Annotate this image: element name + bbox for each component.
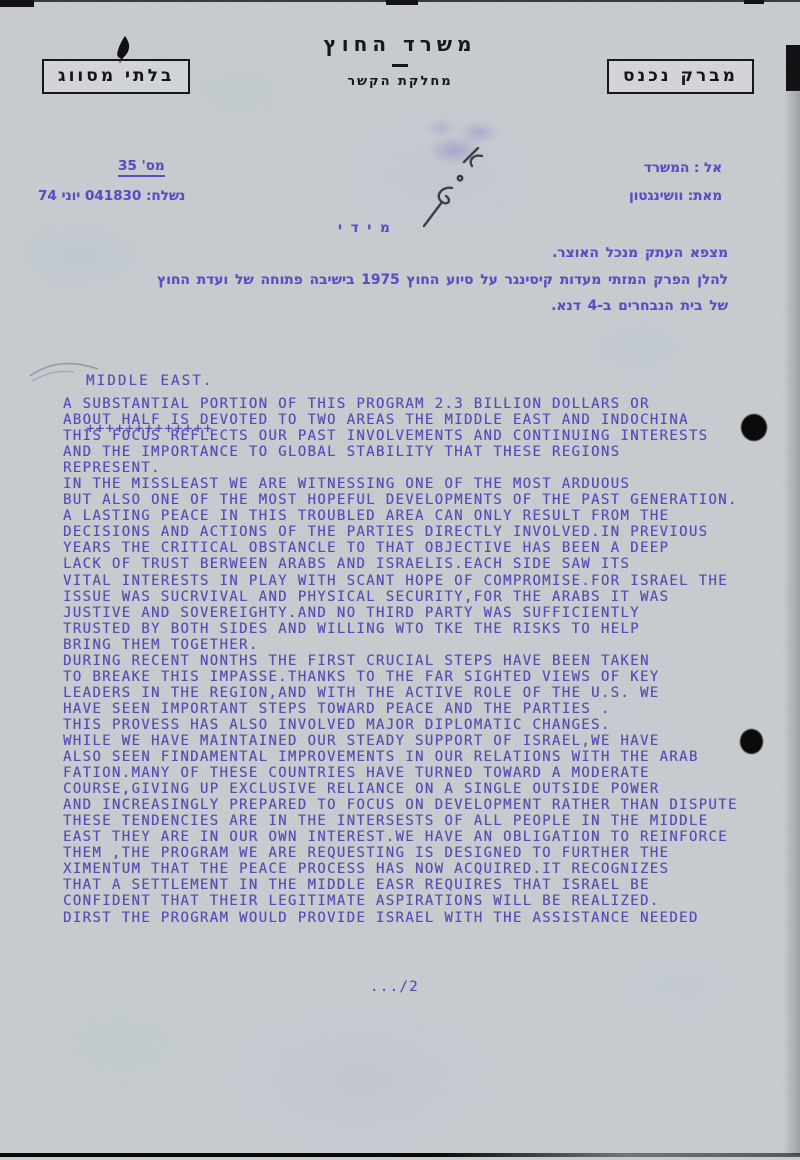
scan-artifact-top-left [0,0,34,7]
typewriter-line: TO BREAKE THIS IMPASSE.THANKS TO THE FAR… [63,669,738,685]
typewriter-line: THAT A SETTLEMENT IN THE MIDDLE EASR REQ… [63,877,738,893]
typewriter-line: THIS FOCUS REFLECTS OUR PAST INVOLVEMENT… [63,428,738,444]
typewriter-line: REPRESENT. [63,460,738,476]
typewriter-line: ABOUT HALF IS DEVOTED TO TWO AREAS THE M… [63,412,738,428]
typewriter-line: THIS PROVESS HAS ALSO INVOLVED MAJOR DIP… [63,717,738,733]
typewriter-line: HAVE SEEN IMPORTANT STEPS TOWARD PEACE A… [63,701,738,717]
hebrew-note-block: מצפא העתק מנכל האוצר.להלן הפרק המזתי מעד… [48,240,728,320]
page-continuation-marker: .../2 [370,979,419,995]
ministry-title: משרד החוץ [0,32,800,56]
typewriter-line: YEARS THE CRITICAL OBSTANCLE TO THAT OBJ… [63,540,738,556]
typewriter-body: A SUBSTANTIAL PORTION OF THIS PROGRAM 2.… [63,396,738,926]
hole-punch-bottom [740,729,763,754]
typewriter-line: COURSE,GIVING UP EXCLUSIVE RELIANCE ON A… [63,781,738,797]
typewriter-line: CONFIDENT THAT THEIR LEGITIMATE ASPIRATI… [63,893,738,909]
typewriter-line: EAST THEY ARE IN OUR OWN INTEREST.WE HAV… [63,829,738,845]
typewriter-line: LEADERS IN THE REGION,AND WITH THE ACTIV… [63,685,738,701]
typewriter-line: ALSO SEEN FINDAMENTAL IMPROVEMENTS IN OU… [63,749,738,765]
hebrew-note-line: להלן הפרק המזתי מעדות קיסינגר על סיוע הח… [48,267,728,294]
typewriter-line: XIMENTUM THAT THE PEACE PROCESS HAS NOW … [63,861,738,877]
title-divider [392,64,408,67]
typewriter-line: THEM ,THE PROGRAM WE ARE REQUESTING IS D… [63,845,738,861]
ink-smudge-stamp [418,104,513,179]
typewriter-line: A SUBSTANTIAL PORTION OF THIS PROGRAM 2.… [63,396,738,412]
typewriter-line: DIRST THE PROGRAM WOULD PROVIDE ISRAEL W… [63,910,738,926]
incoming-telegram-stamp: מברק נכנס [607,59,754,94]
scan-artifact-top-middle [386,0,418,5]
typewriter-line: BUT ALSO ONE OF THE MOST HOPEFUL DEVELOP… [63,492,738,508]
classification-stamp: בלתי מסווג [42,59,190,94]
typewriter-line: THESE TENDENCIES ARE IN THE INTERSESTS O… [63,813,738,829]
typewriter-line: FATION.MANY OF THESE COUNTRIES HAVE TURN… [63,765,738,781]
field-telegram-number: מס' 35 [118,158,165,177]
typewriter-line: DECISIONS AND ACTIONS OF THE PARTIES DIR… [63,524,738,540]
typewriter-line: ISSUE WAS SUCRVIVAL AND PHYSICAL SECURIT… [63,589,738,605]
scanned-telegram-page: משרד החוץ מחלקת הקשר בלתי מסווג מברק נכנ… [0,0,800,1160]
field-to: אל : המשרד [644,160,722,176]
field-priority: מ י ד י [338,220,392,236]
scan-artifact-top-right [744,0,764,4]
field-sent-datetime: נשלח: 041830 יוני 74 [38,188,185,204]
scan-shadow-right-edge [783,90,800,1155]
typewriter-line: WHILE WE HAVE MAINTAINED OUR STEADY SUPP… [63,733,738,749]
hebrew-note-line: של בית הנבחרים ב-4 דנא. [48,293,728,320]
typewriter-line: LACK OF TRUST BERWEEN ARABS AND ISRAELIS… [63,556,738,572]
typewriter-line: BRING THEM TOGETHER. [63,637,738,653]
typewriter-line: JUSTIVE AND SOVEREIGHTY.AND NO THIRD PAR… [63,605,738,621]
body-heading: MIDDLE EAST. [86,373,214,389]
typewriter-line: A LASTING PEACE IN THIS TROUBLED AREA CA… [63,508,738,524]
typewriter-line: DURING RECENT NONTHS THE FIRST CRUCIAL S… [63,653,738,669]
scan-artifact-bottom-line [0,1153,800,1157]
typewriter-line: VITAL INTERESTS IN PLAY WITH SCANT HOPE … [63,573,738,589]
typewriter-line: AND THE IMPORTANCE TO GLOBAL STABILITY T… [63,444,738,460]
hole-punch-top [741,414,767,441]
typewriter-line: TRUSTED BY BOTH SIDES AND WILLING WTO TK… [63,621,738,637]
field-from: מאת: וושינגטון [629,188,722,204]
hebrew-note-line: מצפא העתק מנכל האוצר. [48,240,728,267]
typewriter-line: IN THE MISSLEAST WE ARE WITNESSING ONE O… [63,476,738,492]
typewriter-line: AND INCREASINGLY PREPARED TO FOCUS ON DE… [63,797,738,813]
